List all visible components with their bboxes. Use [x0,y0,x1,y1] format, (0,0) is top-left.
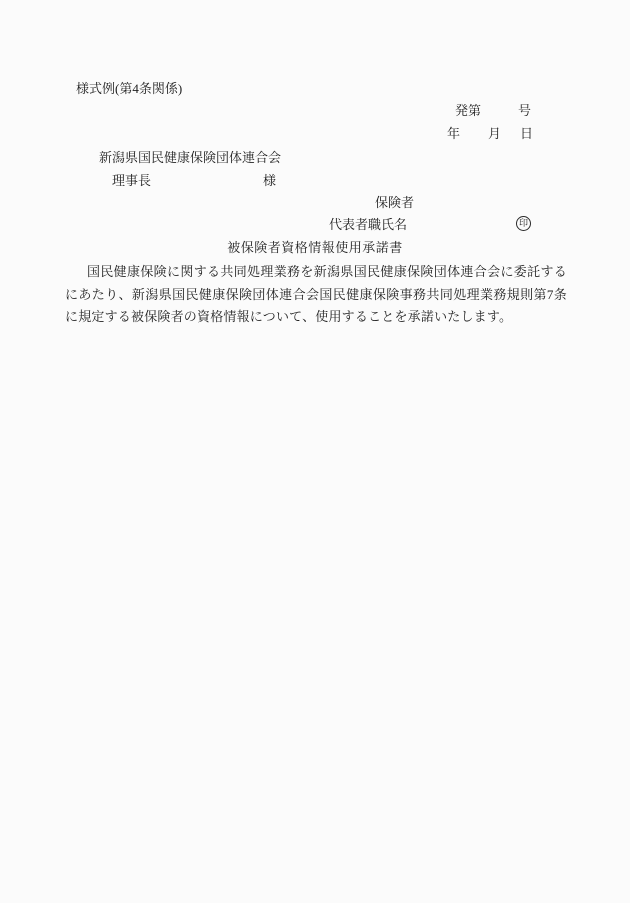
document-page: 様式例(第4条関係) 発第 号 年 月 日 新潟県国民健康保険団体連合会 理事長… [0,0,630,903]
addressee-organization: 新潟県国民健康保険団体連合会 [99,151,281,164]
issue-number-suffix: 号 [518,104,531,117]
addressee-honorific: 様 [263,174,276,187]
document-title: 被保険者資格情報使用承諾書 [0,241,630,254]
addressee-line: 理事長 様 [0,174,630,188]
date-day-label: 日 [520,127,533,140]
addressee-name-blank-space [132,174,257,187]
date-month-label: 月 [488,127,501,140]
seal-mark-circle: 印 [516,216,531,231]
issue-number-prefix: 発第 [455,104,481,117]
issue-number-line: 発第 号 [0,104,630,118]
date-line: 年 月 日 [0,127,630,141]
date-year-label: 年 [447,127,460,140]
form-style-label: 様式例(第4条関係) [76,82,182,95]
sender-insurer-label: 保険者 [375,196,414,209]
sender-representative-label: 代表者職氏名 [329,218,407,231]
seal-mark-character: 印 [519,219,528,228]
representative-name-blank-space [410,218,510,231]
issue-number-blank-space [482,104,518,117]
sender-representative-line: 代表者職氏名 印 [0,218,630,233]
document-body-paragraph: 国民健康保険に関する共同処理業務を新潟県国民健康保険団体連合会に委託するにあたり… [65,261,567,329]
